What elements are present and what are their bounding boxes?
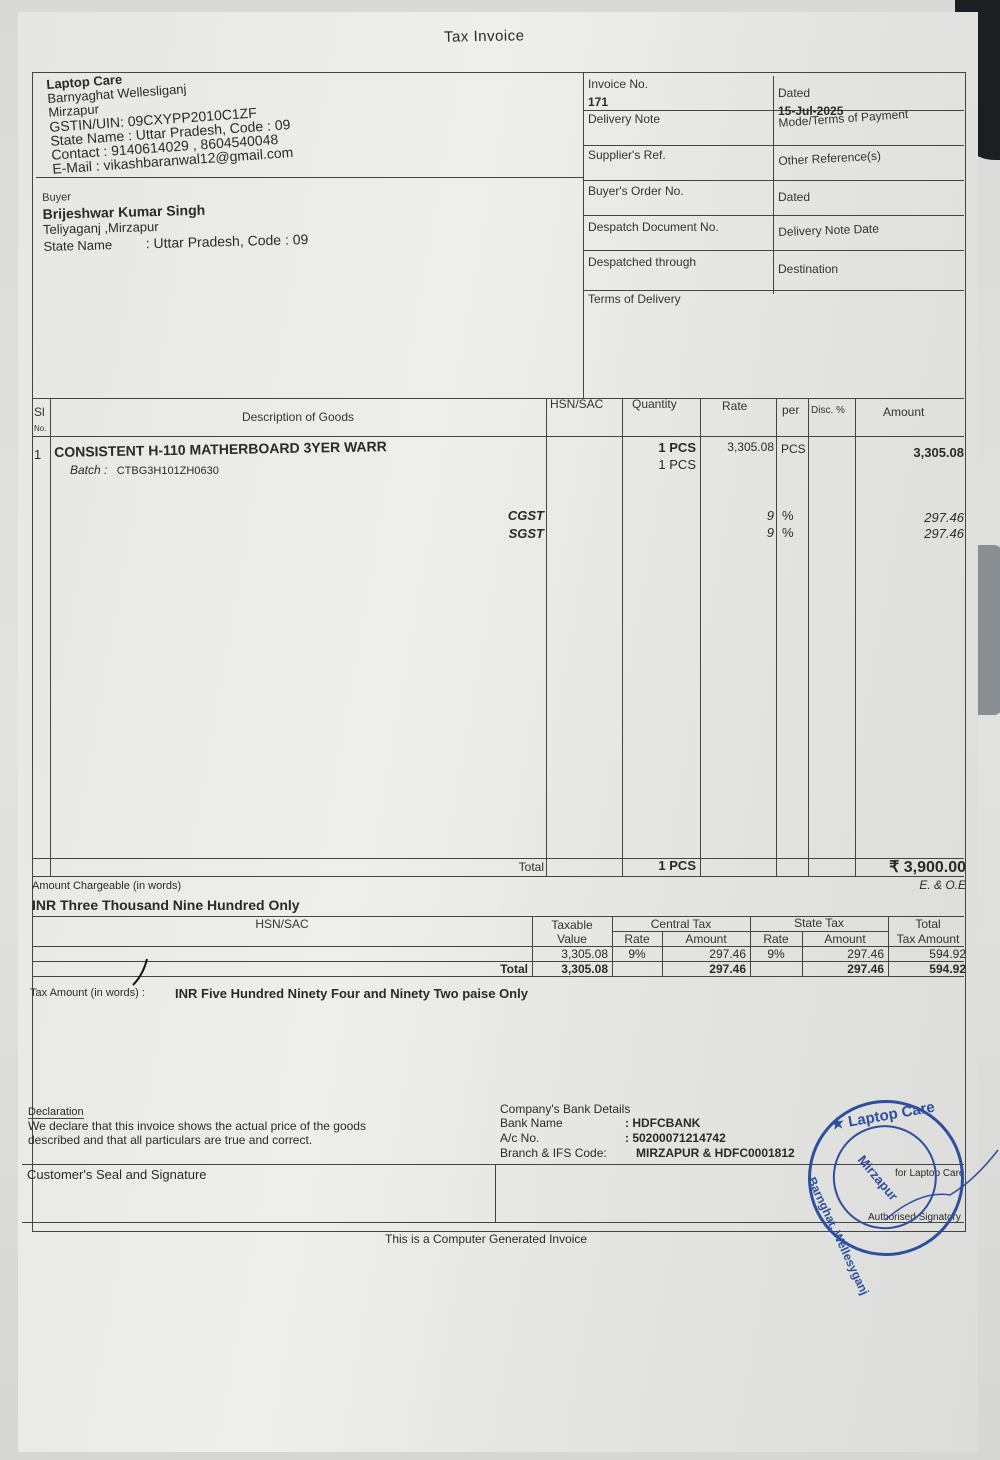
divider	[36, 177, 584, 178]
divider	[776, 398, 777, 876]
declaration-text-1: We declare that this invoice shows the a…	[28, 1119, 366, 1133]
declaration-label: Declaration	[28, 1106, 84, 1119]
item-per: PCS	[781, 442, 806, 456]
divider	[855, 398, 856, 876]
summary-c-rate: 9%	[612, 947, 662, 961]
seller-block: Laptop Care Barnyaghat Wellesliganj Mirz…	[46, 61, 294, 176]
total-quantity: 1 PCS	[624, 858, 696, 873]
account-number: : 50200071214742	[625, 1131, 726, 1145]
divider	[584, 215, 964, 216]
divider	[808, 398, 809, 876]
delivery-note-label: Delivery Note	[588, 112, 660, 126]
buyers-order-label: Buyer's Order No.	[588, 184, 684, 198]
tax-cgst-amount: 297.46	[858, 510, 964, 525]
summary-col-total-2: Tax Amount	[888, 932, 968, 946]
col-sl: Sl	[34, 405, 45, 419]
summary-taxable: 3,305.08	[532, 947, 608, 961]
divider	[32, 436, 964, 437]
tax-words-value: INR Five Hundred Ninety Four and Ninety …	[175, 986, 528, 1001]
summary-total-tax: 594.92	[888, 962, 966, 976]
divider	[495, 1164, 496, 1222]
divider	[32, 858, 964, 859]
bank-name: : HDFCBANK	[625, 1116, 700, 1130]
summary-col-hsn: HSN/SAC	[32, 917, 532, 931]
col-description: Description of Goods	[50, 410, 546, 424]
divider	[584, 290, 964, 291]
divider	[584, 180, 964, 181]
col-hsn: HSN/SAC	[550, 397, 603, 411]
summary-c-amount: 297.46	[662, 947, 746, 961]
signature-mark-icon	[880, 1140, 1000, 1230]
amount-words-value: INR Three Thousand Nine Hundred Only	[32, 897, 300, 913]
summary-col-taxable-2: Value	[532, 932, 612, 946]
bank-title: Company's Bank Details	[500, 1102, 630, 1116]
summary-col-c-rate: Rate	[612, 932, 662, 946]
destination-label: Destination	[778, 262, 838, 276]
item-sl: 1	[34, 447, 41, 462]
branch-label: Branch & IFS Code:	[500, 1146, 607, 1160]
summary-col-taxable: Taxable	[532, 918, 612, 932]
buyer-state-label: State Name	[43, 237, 112, 254]
terms-delivery-label: Terms of Delivery	[588, 292, 681, 306]
col-no: No.	[34, 424, 46, 433]
item-quantity: 1 PCS	[624, 440, 696, 455]
tax-sgst-label: SGST	[470, 526, 544, 541]
divider	[584, 250, 964, 251]
despatch-doc-label: Despatch Document No.	[588, 220, 719, 234]
buyer-block: Buyer Brijeshwar Kumar Singh Teliyaganj …	[42, 183, 309, 255]
summary-col-total: Total	[888, 917, 968, 931]
item-quantity-billed: 1 PCS	[624, 457, 696, 472]
summary-col-s-rate: Rate	[750, 932, 802, 946]
computer-generated-note: This is a Computer Generated Invoice	[385, 1232, 587, 1246]
summary-total-label: Total	[440, 962, 528, 976]
despatched-through-label: Despatched through	[588, 255, 696, 269]
summary-total-c-amount: 297.46	[662, 962, 746, 976]
summary-col-central: Central Tax	[612, 917, 750, 931]
col-amount: Amount	[883, 405, 924, 419]
declaration-text-2: described and that all particulars are t…	[28, 1133, 312, 1147]
invoice-no-label: Invoice No.	[588, 77, 648, 91]
suppliers-ref-label: Supplier's Ref.	[588, 148, 666, 162]
divider	[700, 398, 701, 876]
tax-cgst-label: CGST	[470, 508, 544, 523]
batch-label: Batch :	[70, 463, 107, 477]
summary-s-amount: 297.46	[802, 947, 884, 961]
item-amount: 3,305.08	[858, 445, 964, 460]
divider	[32, 976, 964, 977]
divider	[546, 398, 547, 876]
divider	[622, 398, 623, 876]
divider	[583, 72, 584, 398]
total-amount: ₹ 3,900.00	[858, 857, 966, 877]
total-label: Total	[440, 860, 544, 874]
customer-signature-label: Customer's Seal and Signature	[27, 1167, 207, 1182]
buyer-state-value: : Uttar Pradesh, Code : 09	[146, 231, 309, 251]
tax-cgst-rate: 9	[702, 508, 774, 523]
dated2-label: Dated	[778, 190, 810, 204]
eoe-note: E. & O.E	[858, 878, 966, 892]
tax-sgst-rate: 9	[702, 525, 774, 540]
divider	[584, 145, 964, 146]
tax-sgst-unit: %	[782, 525, 794, 540]
invoice-no: 171	[588, 95, 608, 109]
account-label: A/c No.	[500, 1131, 539, 1145]
divider	[32, 876, 964, 877]
col-disc: Disc. %	[811, 405, 845, 416]
divider	[773, 76, 774, 294]
col-rate: Rate	[722, 399, 747, 413]
summary-total: 594.92	[888, 947, 966, 961]
col-per: per	[782, 403, 799, 417]
document-title: Tax Invoice	[444, 27, 525, 45]
divider	[32, 398, 964, 399]
pen-mark-icon	[125, 955, 155, 990]
col-quantity: Quantity	[632, 397, 677, 411]
item-rate: 3,305.08	[702, 440, 774, 454]
batch-number: CTBG3H101ZH0630	[117, 465, 219, 477]
amount-words-label: Amount Chargeable (in words)	[32, 880, 181, 892]
summary-total-s-amount: 297.46	[802, 962, 884, 976]
summary-s-rate: 9%	[750, 947, 802, 961]
summary-total-taxable: 3,305.08	[532, 962, 608, 976]
bank-name-label: Bank Name	[500, 1116, 563, 1130]
dated-label: Dated	[778, 86, 810, 100]
divider	[50, 398, 51, 876]
branch-ifsc: MIRZAPUR & HDFC0001812	[636, 1146, 795, 1160]
summary-col-c-amount: Amount	[662, 932, 750, 946]
summary-col-s-amount: Amount	[802, 932, 888, 946]
summary-col-state: State Tax	[750, 916, 888, 930]
tax-cgst-unit: %	[782, 508, 794, 523]
tax-sgst-amount: 297.46	[858, 526, 964, 541]
